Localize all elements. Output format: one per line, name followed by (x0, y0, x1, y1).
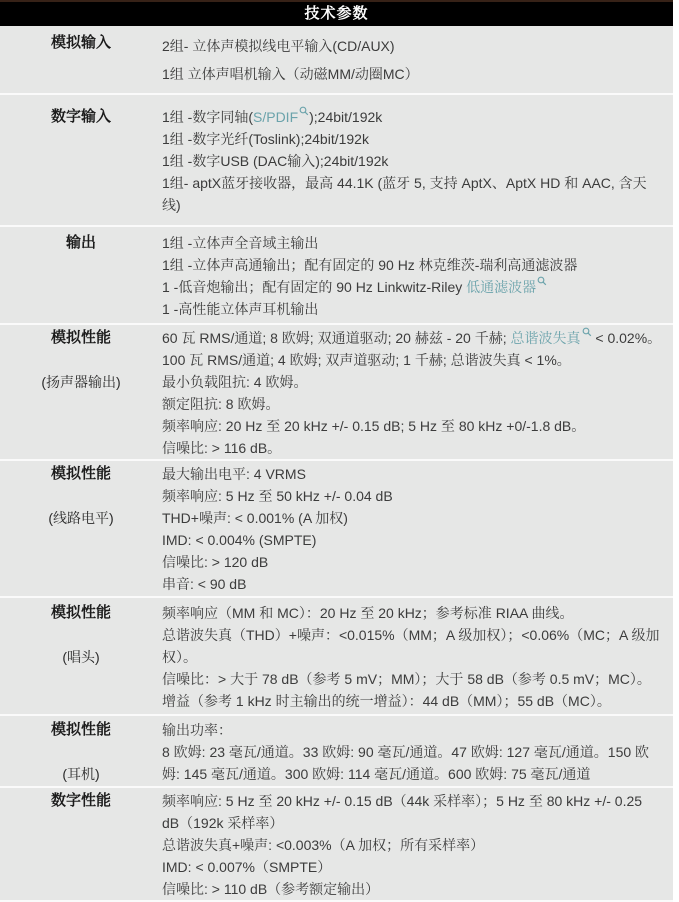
spec-text: 增益（参考 1 kHz 时主输出的统一增益）：44 dB（MM）；55 dB（M… (162, 693, 611, 709)
spec-line: 信噪比: > 116 dB。 (162, 437, 663, 459)
section-label: 数字输入 (0, 106, 162, 128)
spec-line: 1组 -数字USB (DAC输入);24bit/192k (162, 150, 663, 172)
spec-text: 信噪比: > 116 dB。 (162, 440, 281, 456)
spec-line: IMD: < 0.007%（SMPTE） (162, 856, 663, 878)
spec-text: 总谐波失真（THD）+噪声：<0.015%（MM；A 级加权）；<0.06%（M… (162, 627, 659, 665)
spec-line: 频率响应: 20 Hz 至 20 kHz +/- 0.15 dB; 5 Hz 至… (162, 415, 663, 437)
section-values: 输出功率： 8 欧姆: 23 毫瓦/通道。33 欧姆: 90 毫瓦/通道。47 … (162, 719, 673, 785)
spec-line: 总谐波失真+噪声: <0.003%（A 加权；所有采样率） (162, 834, 663, 856)
spec-text: 2组- 立体声模拟线电平输入(CD/AUX) (162, 38, 395, 54)
spec-text: 总谐波失真+噪声: <0.003%（A 加权；所有采样率） (162, 837, 484, 853)
spec-text: 频率响应（MM 和 MC）：20 Hz 至 20 kHz；参考标准 RIAA 曲… (162, 605, 573, 621)
spec-line: 1 -低音炮输出；配有固定的 90 Hz Linkwitz-Riley 低通滤波… (162, 276, 663, 298)
spec-text: 1组 -数字光纤(Toslink);24bit/192k (162, 131, 369, 147)
spec-line: 60 瓦 RMS/通道; 8 欧姆; 双通道驱动; 20 赫兹 - 20 千赫;… (162, 327, 663, 349)
spec-line: 100 瓦 RMS/通道; 4 欧姆; 双声道驱动; 1 千赫; 总谐波失真 <… (162, 349, 663, 371)
section-analog-performance-speaker: 模拟性能 (扬声器输出) 60 瓦 RMS/通道; 8 欧姆; 双通道驱动; 2… (0, 325, 673, 461)
section-label: 模拟性能 (0, 719, 162, 741)
section-label-cell: 模拟性能 (线路电平) (0, 463, 162, 529)
spec-text: 频率响应: 5 Hz 至 50 kHz +/- 0.04 dB (162, 488, 393, 504)
spec-line: 8 欧姆: 23 毫瓦/通道。33 欧姆: 90 毫瓦/通道。47 欧姆: 12… (162, 741, 663, 785)
spec-line: 信噪比: > 110 dB（参考额定输出） (162, 878, 663, 900)
section-values: 1组 -立体声全音域主输出 1组 -立体声高通输出；配有固定的 90 Hz 林克… (162, 232, 673, 320)
section-values: 频率响应: 5 Hz 至 20 kHz +/- 0.15 dB（44k 采样率）… (162, 790, 673, 900)
spec-text: );24bit/192k (309, 109, 382, 125)
section-values: 2组- 立体声模拟线电平输入(CD/AUX) 1组 立体声唱机输入（动磁MM/动… (162, 32, 673, 88)
section-sublabel: (线路电平) (0, 507, 162, 529)
spec-text: 1 -低音炮输出；配有固定的 90 Hz Linkwitz-Riley (162, 279, 466, 295)
section-sublabel: (唱头) (0, 646, 162, 668)
section-label: 模拟输入 (0, 32, 162, 54)
spec-line: 信噪比：> 大于 78 dB（参考 5 mV；MM）；大于 58 dB（参考 0… (162, 668, 663, 690)
spec-text: 1组 -立体声全音域主输出 (162, 235, 318, 251)
section-analog-input: 模拟输入 2组- 立体声模拟线电平输入(CD/AUX) 1组 立体声唱机输入（动… (0, 26, 673, 95)
section-values: 60 瓦 RMS/通道; 8 欧姆; 双通道驱动; 20 赫兹 - 20 千赫;… (162, 327, 673, 459)
spec-table: 技术参数 模拟输入 2组- 立体声模拟线电平输入(CD/AUX) 1组 立体声唱… (0, 0, 673, 902)
spec-text: 1组 -数字USB (DAC输入);24bit/192k (162, 153, 388, 169)
spec-text: 8 欧姆: 23 毫瓦/通道。33 欧姆: 90 毫瓦/通道。47 欧姆: 12… (162, 744, 649, 782)
keyword-link-spdif[interactable]: S/PDIF (253, 109, 298, 125)
section-label-cell: 数字性能 (0, 790, 162, 812)
section-values: 1组 -数字同轴(S/PDIF);24bit/192k 1组 -数字光纤(Tos… (162, 106, 673, 216)
spec-text: 信噪比：> 大于 78 dB（参考 5 mV；MM）；大于 58 dB（参考 0… (162, 671, 651, 687)
section-label: 数字性能 (0, 790, 162, 812)
spec-line: 频率响应: 5 Hz 至 20 kHz +/- 0.15 dB（44k 采样率）… (162, 790, 663, 834)
spec-line: 频率响应: 5 Hz 至 50 kHz +/- 0.04 dB (162, 485, 663, 507)
section-label-cell: 数字输入 (0, 106, 162, 128)
spec-text: IMD: < 0.004% (SMPTE) (162, 532, 316, 548)
section-label-cell: 模拟性能 (唱头) (0, 602, 162, 668)
section-values: 最大输出电平: 4 VRMS 频率响应: 5 Hz 至 50 kHz +/- 0… (162, 463, 673, 595)
section-values: 频率响应（MM 和 MC）：20 Hz 至 20 kHz；参考标准 RIAA 曲… (162, 602, 673, 712)
section-label-cell: 模拟性能 (扬声器输出) (0, 327, 162, 393)
spec-line: 最小负载阻抗: 4 欧姆。 (162, 371, 663, 393)
table-title: 技术参数 (0, 0, 673, 26)
spec-text: 额定阻抗: 8 欧姆。 (162, 396, 279, 412)
spec-line: 增益（参考 1 kHz 时主输出的统一增益）：44 dB（MM）；55 dB（M… (162, 690, 663, 712)
spec-line: 额定阻抗: 8 欧姆。 (162, 393, 663, 415)
spec-text: IMD: < 0.007%（SMPTE） (162, 859, 331, 875)
spec-line: 1组 -立体声全音域主输出 (162, 232, 663, 254)
spec-line: 最大输出电平: 4 VRMS (162, 463, 663, 485)
spec-line: 1组- aptX蓝牙接收器，最高 44.1K (蓝牙 5, 支持 AptX、Ap… (162, 172, 663, 216)
keyword-link-thd[interactable]: 总谐波失真 (511, 330, 581, 346)
spec-line: 频率响应（MM 和 MC）：20 Hz 至 20 kHz；参考标准 RIAA 曲… (162, 602, 663, 624)
spec-line: 1组 立体声唱机输入（动磁MM/动圈MC） (162, 60, 663, 88)
section-label: 模拟性能 (0, 602, 162, 624)
section-digital-input: 数字输入 1组 -数字同轴(S/PDIF);24bit/192k 1组 -数字光… (0, 95, 673, 227)
spec-text: 串音: < 90 dB (162, 576, 246, 592)
spec-line: IMD: < 0.004% (SMPTE) (162, 529, 663, 551)
spec-line: 信噪比: > 120 dB (162, 551, 663, 573)
spec-text: 信噪比: > 110 dB（参考额定输出） (162, 881, 379, 897)
spec-line: 串音: < 90 dB (162, 573, 663, 595)
spec-line: THD+噪声: < 0.001% (A 加权) (162, 507, 663, 529)
spec-text: 1组- aptX蓝牙接收器，最高 44.1K (蓝牙 5, 支持 AptX、Ap… (162, 175, 647, 213)
section-analog-performance-line-level: 模拟性能 (线路电平) 最大输出电平: 4 VRMS 频率响应: 5 Hz 至 … (0, 461, 673, 598)
spec-text: < 0.02%。 (592, 330, 662, 346)
spec-line: 2组- 立体声模拟线电平输入(CD/AUX) (162, 32, 663, 60)
spec-line: 输出功率： (162, 719, 663, 741)
spec-text: 100 瓦 RMS/通道; 4 欧姆; 双声道驱动; 1 千赫; 总谐波失真 <… (162, 352, 571, 368)
section-output: 输出 1组 -立体声全音域主输出 1组 -立体声高通输出；配有固定的 90 Hz… (0, 227, 673, 325)
spec-text: 60 瓦 RMS/通道; 8 欧姆; 双通道驱动; 20 赫兹 - 20 千赫; (162, 330, 511, 346)
spec-text: THD+噪声: < 0.001% (A 加权) (162, 510, 348, 526)
section-analog-performance-phono: 模拟性能 (唱头) 频率响应（MM 和 MC）：20 Hz 至 20 kHz；参… (0, 598, 673, 716)
spec-text: 1组 -立体声高通输出；配有固定的 90 Hz 林克维茨-瑞利高通滤波器 (162, 257, 577, 273)
spec-text: 频率响应: 5 Hz 至 20 kHz +/- 0.15 dB（44k 采样率）… (162, 793, 642, 831)
spec-text: 最大输出电平: 4 VRMS (162, 466, 306, 482)
spec-text: 1组 立体声唱机输入（动磁MM/动圈MC） (162, 66, 419, 82)
section-label: 输出 (0, 232, 162, 254)
search-icon[interactable] (582, 327, 592, 337)
section-analog-performance-headphone: 模拟性能 (耳机) 输出功率： 8 欧姆: 23 毫瓦/通道。33 欧姆: 90… (0, 716, 673, 788)
search-icon[interactable] (537, 276, 547, 286)
spec-line: 1组 -数字同轴(S/PDIF);24bit/192k (162, 106, 663, 128)
spec-text: 最小负载阻抗: 4 欧姆。 (162, 374, 307, 390)
keyword-link-lowpass-filter[interactable]: 低通滤波器 (466, 279, 536, 295)
spec-text: 1组 -数字同轴( (162, 109, 253, 125)
spec-line: 1组 -立体声高通输出；配有固定的 90 Hz 林克维茨-瑞利高通滤波器 (162, 254, 663, 276)
section-sublabel: (耳机) (0, 763, 162, 785)
section-digital-performance: 数字性能 频率响应: 5 Hz 至 20 kHz +/- 0.15 dB（44k… (0, 788, 673, 902)
spec-text: 信噪比: > 120 dB (162, 554, 268, 570)
spec-text: 1 -高性能立体声耳机输出 (162, 301, 318, 317)
spec-line: 1组 -数字光纤(Toslink);24bit/192k (162, 128, 663, 150)
spec-line: 1 -高性能立体声耳机输出 (162, 298, 663, 320)
spec-line: 总谐波失真（THD）+噪声：<0.015%（MM；A 级加权）；<0.06%（M… (162, 624, 663, 668)
section-label: 模拟性能 (0, 327, 162, 349)
section-sublabel: (扬声器输出) (0, 371, 162, 393)
spec-text: 输出功率： (162, 722, 232, 738)
search-icon[interactable] (299, 106, 309, 116)
section-label-cell: 模拟性能 (耳机) (0, 719, 162, 785)
section-label-cell: 模拟输入 (0, 32, 162, 54)
section-label: 模拟性能 (0, 463, 162, 485)
section-label-cell: 输出 (0, 232, 162, 254)
spec-text: 频率响应: 20 Hz 至 20 kHz +/- 0.15 dB; 5 Hz 至… (162, 418, 585, 434)
